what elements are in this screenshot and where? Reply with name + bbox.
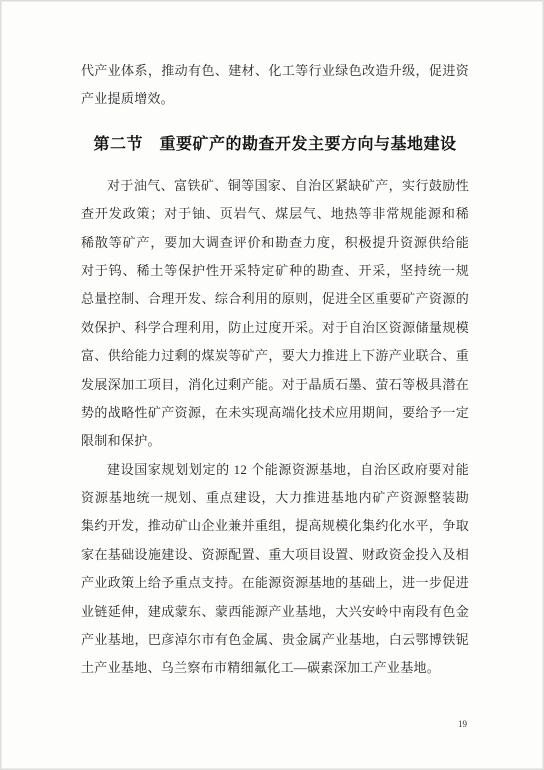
text-line: 土产业基地、乌兰察布市精细氟化工—碳素深加工产业基地。 — [81, 654, 469, 682]
paragraph-2: 建设国家规划划定的 12 个能源资源基地，自治区政府要对能源 资源基地统一规划、… — [81, 456, 469, 683]
text-line: 对于油气、富铁矿、铜等国家、自治区紧缺矿产，实行鼓励性勘 — [81, 172, 469, 200]
text-line: 建设国家规划划定的 12 个能源资源基地，自治区政府要对能源 — [81, 456, 469, 484]
text-line: 富、供给能力过剩的煤炭等矿产，要大力推进上下游产业联合、重组， — [81, 342, 469, 370]
document-page: 代产业体系，推动有色、建材、化工等行业绿色改造升级，促进资源 产业提质增效。 第… — [0, 0, 544, 770]
text-line: 对于钨、稀土等保护性开采特定矿种的勘查、开采，坚持统一规划、 — [81, 257, 469, 285]
intro-paragraph: 代产业体系，推动有色、建材、化工等行业绿色改造升级，促进资源 产业提质增效。 — [81, 57, 469, 114]
text-line: 家在基础设施建设、资源配置、重大项目设置、财政资金投入及相关 — [81, 541, 469, 569]
text-line: 势的战略性矿产资源，在未实现高端化技术应用期间，要给予一定的 — [81, 399, 469, 427]
text-line: 稀散等矿产，要加大调查评价和勘查力度，积极提升资源供给能力。 — [81, 229, 469, 257]
text-line: 产业提质增效。 — [81, 85, 469, 113]
text-line: 产业基地，巴彦淖尔市有色金属、贵金属产业基地，白云鄂博铁铌稀 — [81, 626, 469, 654]
section-heading: 第二节 重要矿产的勘查开发主要方向与基地建设 — [81, 130, 469, 158]
text-line: 查开发政策；对于铀、页岩气、煤层气、地热等非常规能源和稀有、 — [81, 200, 469, 228]
paragraph-1: 对于油气、富铁矿、铜等国家、自治区紧缺矿产，实行鼓励性勘 查开发政策；对于铀、页… — [81, 172, 469, 456]
text-line: 发展深加工项目，消化过剩产能。对于晶质石墨、萤石等极具潜在优 — [81, 371, 469, 399]
text-line: 总量控制、合理开发、综合利用的原则，促进全区重要矿产资源的有 — [81, 285, 469, 313]
text-line: 限制和保护。 — [81, 427, 469, 455]
text-line: 业链延伸，建成蒙东、蒙西能源产业基地，大兴安岭中南段有色金属 — [81, 598, 469, 626]
text-line: 资源基地统一规划、重点建设，大力推进基地内矿产资源整装勘查， — [81, 484, 469, 512]
text-line: 效保护、科学合理利用，防止过度开采。对于自治区资源储量规模丰 — [81, 314, 469, 342]
page-content: 代产业体系，推动有色、建材、化工等行业绿色改造升级，促进资源 产业提质增效。 第… — [1, 1, 543, 683]
text-line: 集约开发，推动矿山企业兼并重组，提高规模化集约化水平，争取国 — [81, 512, 469, 540]
page-number: 19 — [458, 720, 467, 729]
text-line: 代产业体系，推动有色、建材、化工等行业绿色改造升级，促进资源 — [81, 57, 469, 85]
text-line: 产业政策上给予重点支持。在能源资源基地的基础上，进一步促进产 — [81, 569, 469, 597]
